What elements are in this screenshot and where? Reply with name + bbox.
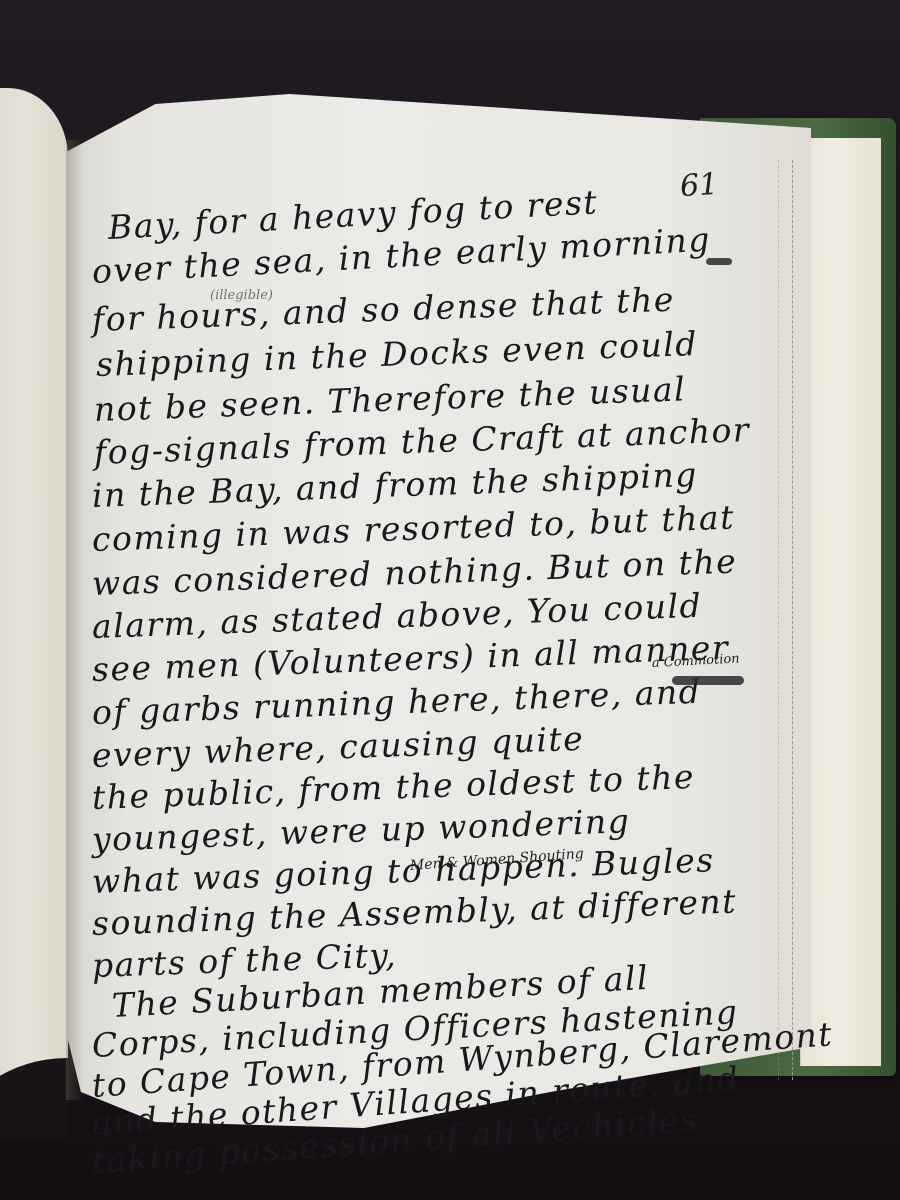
crossed-out-word [672, 676, 744, 685]
strikethrough-mark [706, 258, 732, 265]
insertion-note-commotion: a Commotion [652, 651, 740, 671]
page-number: 61 [679, 167, 720, 205]
handwriting-area: 61 Bay, for a heavy fog to rest over the… [0, 0, 900, 1200]
